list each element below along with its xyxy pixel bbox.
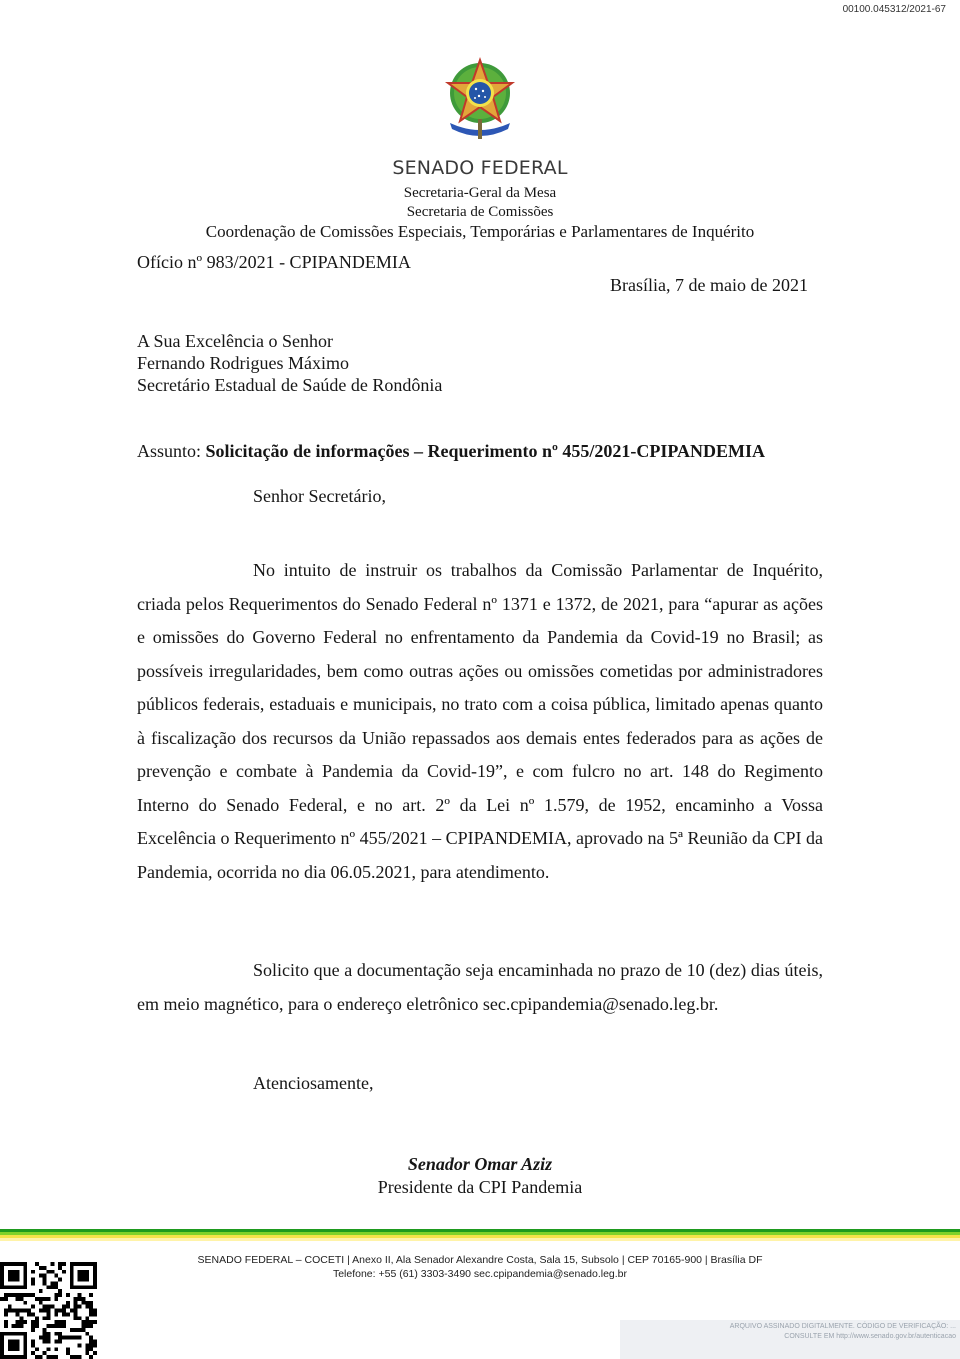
greeting: Senhor Secretário,: [253, 486, 386, 507]
verification-line-1: ARQUIVO ASSINADO DIGITALMENTE. CÓDIGO DE…: [620, 1320, 960, 1330]
header-line-secretaria-geral: Secretaria-Geral da Mesa: [0, 184, 960, 203]
header-line-coordenacao: Coordenação de Comissões Especiais, Temp…: [0, 222, 960, 241]
recipient-salutation: A Sua Excelência o Senhor: [137, 330, 442, 352]
body-paragraph-2: Solicito que a documentação seja encamin…: [137, 954, 823, 1021]
body-paragraph-1: No intuito de instruir os trabalhos da C…: [137, 554, 823, 889]
footer-contact: Telefone: +55 (61) 3303-3490 sec.cpipand…: [0, 1268, 960, 1280]
closing: Atenciosamente,: [253, 1073, 373, 1094]
verification-line-2[interactable]: CONSULTE EM http://www.senado.gov.br/aut…: [620, 1330, 960, 1340]
recipient-block: A Sua Excelência o Senhor Fernando Rodri…: [137, 330, 442, 396]
signer-name: Senador Omar Aziz: [0, 1154, 960, 1175]
signer-title: Presidente da CPI Pandemia: [0, 1177, 960, 1198]
document-id: 00100.045312/2021-67: [843, 4, 946, 15]
recipient-position: Secretário Estadual de Saúde de Rondônia: [137, 374, 442, 396]
brazil-coat-of-arms-icon: [438, 55, 522, 143]
place-date: Brasília, 7 de maio de 2021: [610, 275, 808, 296]
institution-title: SENADO FEDERAL: [0, 157, 960, 179]
digital-signature-watermark: ARQUIVO ASSINADO DIGITALMENTE. CÓDIGO DE…: [620, 1320, 960, 1359]
subject-line: Assunto: Solicitação de informações – Re…: [137, 441, 765, 462]
letter-reference: Ofício nº 983/2021 - CPIPANDEMIA: [137, 252, 411, 273]
recipient-name: Fernando Rodrigues Máximo: [137, 352, 442, 374]
footer-stripe: [0, 1229, 960, 1241]
subject-text: Solicitação de informações – Requeriment…: [206, 441, 766, 461]
subject-label: Assunto:: [137, 441, 201, 461]
stripe-band-4: [0, 1238, 960, 1241]
qr-code-icon[interactable]: [0, 1262, 97, 1359]
footer-address: SENADO FEDERAL – COCETI | Anexo II, Ala …: [0, 1254, 960, 1266]
header-line-secretaria-comissoes: Secretaria de Comissões: [0, 203, 960, 222]
